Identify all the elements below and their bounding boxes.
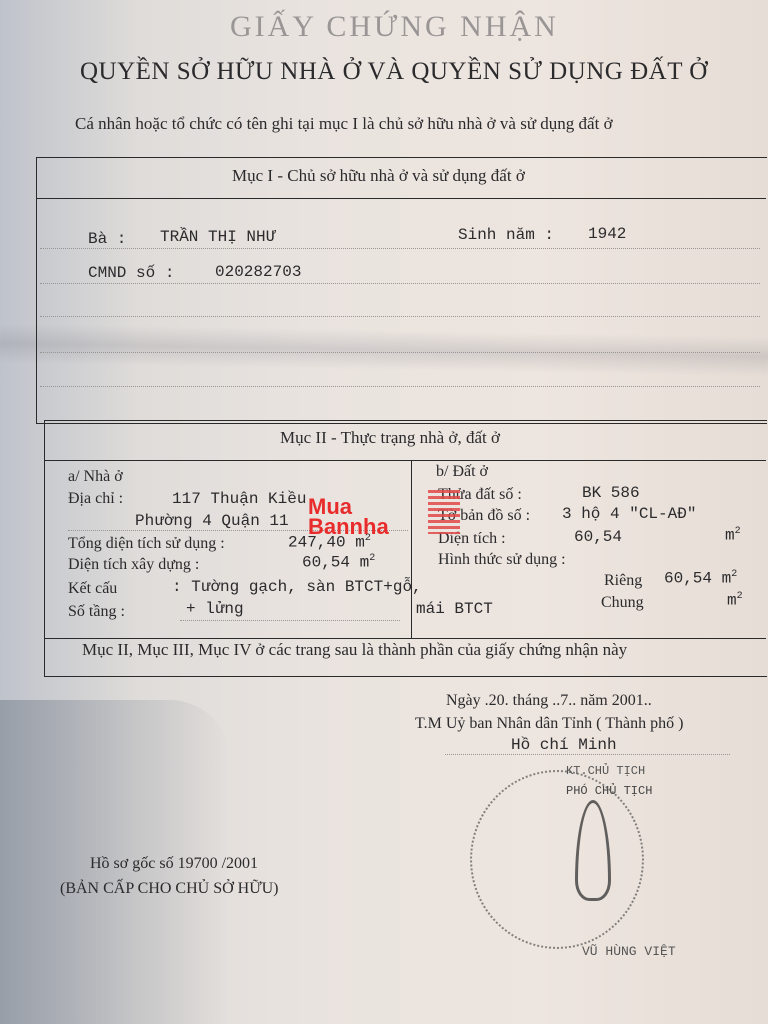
private-label: Riêng [604,572,642,590]
unit: m [725,526,735,544]
certificate-subtitle: QUYỀN SỞ HỮU NHÀ Ở VÀ QUYỀN SỬ DỤNG ĐẤT … [80,58,708,86]
intro-text: Cá nhân hoặc tổ chức có tên ghi tại mục … [75,114,613,134]
address-label: Địa chỉ : [68,490,123,508]
id-number: 020282703 [215,263,301,281]
official-stamp [470,770,644,949]
watermark-line2: Bannha [308,517,389,537]
divider [36,198,766,199]
floors-label: Số tầng : [68,603,125,621]
address-line2: Phường 4 Quận 11 [135,512,289,530]
certificate-title: GIẤY CHỨNG NHẬN [230,10,559,44]
dotted-line [40,316,760,317]
issuing-city: Hồ chí Minh [511,736,617,754]
dotted-line [40,352,760,353]
section2-heading: Mục II - Thực trạng nhà ở, đất ở [280,428,500,448]
copy-type: (BẢN CẤP CHO CHỦ SỞ HỮU) [60,880,279,898]
issuing-authority: T.M Uỷ ban Nhân dân Tỉnh ( Thành phố ) [415,715,683,733]
shared-value: m2 [727,591,743,609]
structure-value-cont: mái BTCT [416,600,493,618]
section-footer-note: Mục II, Mục III, Mục IV ở các trang sau … [82,640,627,660]
section1-heading: Mục I - Chủ sở hữu nhà ở và sử dụng đất … [232,166,525,186]
address-line1: 117 Thuận Kiều [172,490,306,508]
dotted-line [445,754,730,755]
watermark-logo: Mua Bannha [308,497,389,537]
id-label: CMND số : [88,264,174,282]
watermark-icon [428,490,460,534]
dotted-line [40,248,760,249]
land-heading: b/ Đất ở [436,463,488,481]
private-area: 60,54 m [664,569,731,587]
signer-name: VŨ HÙNG VIỆT [582,944,676,959]
divider [44,460,766,461]
usage-label: Hình thức sử dụng : [438,551,566,569]
unit-superscript: 2 [737,591,743,602]
file-number: Hồ sơ gốc số 19700 /2001 [90,855,258,873]
owner-name: TRẦN THỊ NHƯ [160,228,275,246]
floors-value: + lửng [186,600,244,618]
built-area-value: 60,54 m2 [302,553,375,571]
structure-label: Kết cấu [68,580,117,598]
owner-label: Bà : [88,230,126,248]
total-area-label: Tổng diện tích sử dụng : [68,535,225,553]
dotted-line [40,386,760,387]
shared-area: m [727,591,737,609]
birth-label: Sinh năm : [458,226,554,244]
map-value: 3 hộ 4 "CL-AĐ" [562,505,696,523]
divider [44,638,766,639]
unit-superscript: 2 [731,569,737,580]
dotted-line [40,283,760,284]
shared-label: Chung [601,594,644,612]
dotted-line [180,620,400,621]
parcel-value: BK 586 [582,484,640,502]
column-divider [411,460,412,638]
land-area-unit: m2 [725,526,741,544]
structure-value: : Tường gạch, sàn BTCT+gỗ, [172,578,422,596]
private-value: 60,54 m2 [664,569,737,587]
unit-superscript: 2 [369,553,375,564]
land-area-value: 60,54 [574,528,622,546]
unit-superscript: 2 [735,526,741,537]
built-area-number: 60,54 m [302,553,369,571]
issue-date: Ngày .20. tháng ..7.. năm 2001.. [446,692,652,710]
built-area-label: Diện tích xây dựng : [68,556,199,574]
house-heading: a/ Nhà ở [68,468,123,486]
birth-year: 1942 [588,225,626,243]
